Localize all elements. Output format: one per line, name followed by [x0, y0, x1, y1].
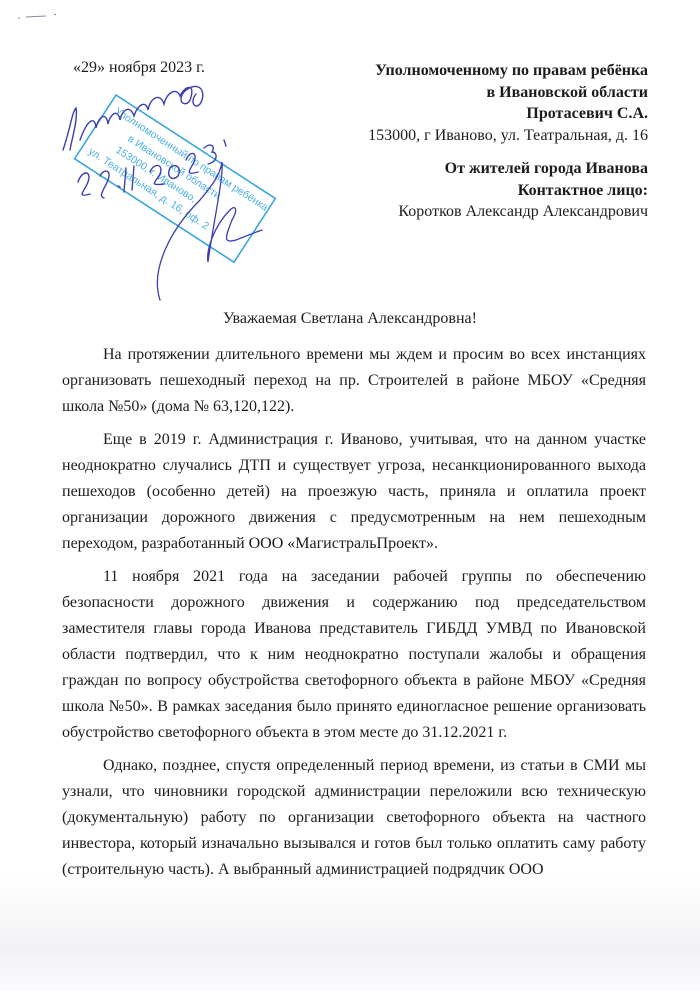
svg-text:в Ивановской области: в Ивановской области [125, 133, 222, 202]
svg-text:Уполномоченный по правам ребён: Уполномоченный по правам ребёнка [112, 105, 270, 213]
paragraph-1: На протяжении длительного времени мы жде… [62, 342, 646, 420]
scan-artifact-mark [16, 12, 60, 20]
recipient-address: 153000, г Иваново, ул. Театральная, д. 1… [368, 125, 648, 147]
stamp-box-icon: Уполномоченный по правам ребёнка в Ивано… [75, 95, 276, 262]
paragraph-2: Еще в 2019 г. Администрация г. Иваново, … [62, 427, 646, 557]
letter-body: На протяжении длительного времени мы жде… [62, 342, 646, 890]
recipient-line-1: Уполномоченному по правам ребёнка [368, 60, 648, 82]
svg-text:ул. Театральная, д. 16, оф. 2: ул. Театральная, д. 16, оф. 2 [86, 145, 211, 232]
letter-page: «29» ноября 2023 г. Уполномоченному по п… [0, 0, 700, 991]
paragraph-4: Однако, позднее, спустя определенный пер… [62, 753, 646, 883]
sender-line-1: От жителей города Иванова [368, 158, 648, 180]
sender-line-2: Контактное лицо: [368, 180, 648, 202]
contact-name: Коротков Александр Александрович [368, 201, 648, 223]
letter-date: «29» ноября 2023 г. [73, 58, 205, 78]
address-block: Уполномоченному по правам ребёнка в Иван… [368, 60, 648, 223]
recipient-line-2: в Ивановской области [368, 82, 648, 104]
handwriting-city-icon [63, 86, 203, 150]
salutation: Уважаемая Светлана Александровна! [0, 309, 700, 329]
svg-text:153000, г. Иваново,: 153000, г. Иваново, [113, 144, 198, 205]
handwriting-date-icon [78, 140, 226, 198]
recipient-name: Протасевич С.А. [368, 103, 648, 125]
paragraph-3: 11 ноября 2021 года на заседании рабочей… [62, 564, 646, 746]
signature-icon [157, 162, 262, 300]
